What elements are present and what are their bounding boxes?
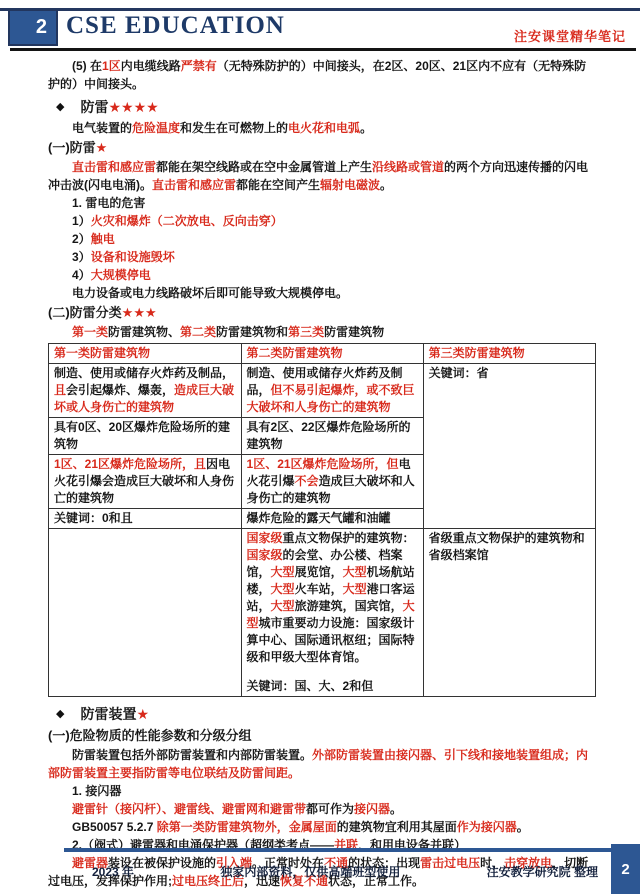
table-header-row: 第一类防雷建筑物 第二类防雷建筑物 第三类防雷建筑物 — [49, 344, 596, 364]
table-header-class2: 第二类防雷建筑物 — [241, 344, 423, 364]
paragraph-electrical-hazard: 电气装置的危险温度和发生在可燃物上的电火花和电弧。 — [48, 119, 596, 137]
paragraph-device-parts: 防雷装置包括外部防雷装置和内部防雷装置。外部防雷装置由接闪器、引下线和接地装置组… — [48, 746, 596, 782]
table-cell-r2c2: 具有2区、22区爆炸危险场所的建筑物 — [241, 418, 423, 455]
table-cell-r4c2: 爆炸危险的露天气罐和油罐 — [241, 509, 423, 529]
table-cell-r5c3: 省级重点文物保护的建筑物和省级档案馆 — [423, 529, 595, 697]
table-cell-r5c1-empty — [49, 529, 242, 697]
footer-year: 2023 年 — [64, 863, 134, 880]
stars-rating: ★★★★ — [108, 98, 158, 116]
table-cell-r1c2: 制造、使用或储存火炸药及制品，但不易引起爆炸，或不致巨大破坏和人身伤亡的建筑物 — [241, 364, 423, 418]
list-title-receptor: 1. 接闪器 — [48, 782, 596, 800]
document-body: (5) 在1区内电缆线路严禁有（无特殊防护的）中间接头，在2区、20区、21区内… — [0, 52, 640, 890]
stars-rating: ★ — [136, 705, 149, 723]
table-cell-r3c2: 1区、21区爆炸危险场所，但电火花引爆不会造成巨大破坏和人身伤亡的建筑物 — [241, 455, 423, 509]
hazard-item: 1）火灾和爆炸（二次放电、反向击穿） — [48, 212, 596, 230]
paragraph-lightning-types: 直击雷和感应雷都能在架空线路或在空中金属管道上产生沿线路或管道的两个方向迅速传播… — [48, 158, 596, 194]
cell-keyword-class2: 关键词：国、大、2和但 — [247, 678, 418, 695]
footer-note: 独家内部资料，仅供高端班型使用 — [134, 863, 487, 880]
stars-rating: ★ — [96, 140, 108, 155]
header-top-rule — [0, 8, 640, 11]
subheading-label: (一)防雷 — [48, 140, 96, 155]
footer: 2023 年 独家内部资料，仅供高端班型使用 注安教学研究院 整理 — [64, 863, 598, 880]
table-cell-r3c1: 1区、21区爆炸危险场所，且因电火花引爆会造成巨大破坏和人身伤亡的建筑物 — [49, 455, 242, 509]
footer-credit: 注安教学研究院 整理 — [487, 863, 598, 880]
page-number-badge: 2 — [8, 9, 58, 46]
notes-page: 2 CSE EDUCATION 注安课堂精华笔记 (5) 在1区内电缆线路严禁有… — [0, 0, 640, 896]
table-cell-r1c1: 制造、使用或储存火炸药及制品，且会引起爆炸、爆轰，造成巨大破坏或人身伤亡的建筑物 — [49, 364, 242, 418]
paragraph-receptor: 避雷针（接闪杆）、避雷线、避雷网和避雷带都可作为接闪器。 — [48, 800, 596, 818]
header-rule — [10, 48, 636, 51]
subheading-classification: (二)防雷分类★★★ — [48, 303, 596, 322]
table-row: 制造、使用或储存火炸药及制品，且会引起爆炸、爆轰，造成巨大破坏或人身伤亡的建筑物… — [49, 364, 596, 418]
table-cell-r5c2: 国家级重点文物保护的建筑物：国家级的会堂、办公楼、档案馆，大型展览馆，大型机场航… — [241, 529, 423, 697]
subheading-label: (二)防雷分类 — [48, 305, 122, 320]
section-heading-lightning: ◆ 防雷★★★★ — [56, 98, 596, 116]
brand-title: CSE EDUCATION — [66, 12, 285, 40]
notes-badge: 注安课堂精华笔记 — [514, 26, 626, 45]
hazard-item: 3）设备和设施毁坏 — [48, 248, 596, 266]
paragraph-class-list: 第一类防雷建筑物、第二类防雷建筑物和第三类防雷建筑物 — [48, 323, 596, 341]
hazard-item: 2）触电 — [48, 230, 596, 248]
stars-rating: ★★★ — [122, 305, 157, 320]
table-row: 国家级重点文物保护的建筑物：国家级的会堂、办公楼、档案馆，大型展览馆，大型机场航… — [49, 529, 596, 697]
hazard-item: 4）大规模停电 — [48, 266, 596, 284]
list-title-hazards: 1. 雷电的危害 — [48, 194, 596, 212]
footer-page-badge: 2 — [611, 844, 640, 894]
diamond-icon: ◆ — [56, 705, 64, 723]
section-title: 防雷 — [80, 98, 108, 116]
table-cell-keyword-class3: 关键词：省 — [423, 364, 595, 529]
paragraph-cable-joints: (5) 在1区内电缆线路严禁有（无特殊防护的）中间接头，在2区、20区、21区内… — [48, 57, 596, 93]
header: 2 CSE EDUCATION 注安课堂精华笔记 — [0, 0, 640, 52]
section-title: 防雷装置 — [80, 705, 136, 723]
subheading-parameters: (一)危险物质的性能参数和分级分组 — [48, 726, 596, 745]
subheading-lightning: (一)防雷★ — [48, 138, 596, 157]
table-cell-r2c1: 具有0区、20区爆炸危险场所的建筑物 — [49, 418, 242, 455]
classification-table: 第一类防雷建筑物 第二类防雷建筑物 第三类防雷建筑物 制造、使用或储存火炸药及制… — [48, 343, 596, 697]
diamond-icon: ◆ — [56, 98, 64, 116]
footer-rule — [64, 848, 614, 852]
table-header-class1: 第一类防雷建筑物 — [49, 344, 242, 364]
section-heading-device: ◆ 防雷装置★ — [56, 705, 596, 723]
paragraph-gb-standard: GB50057 5.2.7 除第一类防雷建筑物外，金属屋面的建筑物宜利用其屋面作… — [48, 818, 596, 836]
cell-text-national: 国家级重点文物保护的建筑物：国家级的会堂、办公楼、档案馆，大型展览馆，大型机场航… — [247, 530, 418, 666]
table-header-class3: 第三类防雷建筑物 — [423, 344, 595, 364]
paragraph-power-outage: 电力设备或电力线路破坏后即可能导致大规模停电。 — [48, 284, 596, 302]
table-cell-keyword-class1: 关键词：0和且 — [49, 509, 242, 529]
